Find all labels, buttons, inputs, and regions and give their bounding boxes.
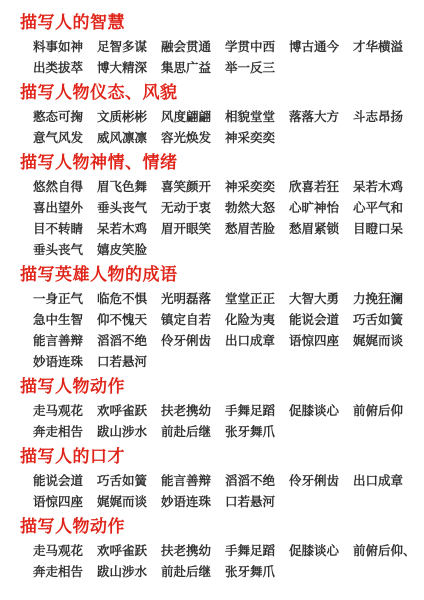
idiom-item: 欣喜若狂 — [289, 177, 353, 195]
idiom-item: 奔走相告 — [33, 562, 97, 580]
idiom-item: 出口成章 — [225, 331, 289, 349]
idiom-row: 憨态可掬文质彬彬风度翩翩相貌堂堂落落大方斗志昂扬 — [33, 105, 424, 126]
idiom-row: 出类拔萃博大精深集思广益举一反三 — [33, 56, 424, 77]
idiom-row: 料事如神足智多谋融会贯通学贯中西博古通今才华横溢 — [33, 35, 424, 56]
idiom-item: 光明磊落 — [161, 289, 225, 307]
idiom-item: 博大精深 — [97, 58, 161, 76]
idiom-item: 愁眉苦脸 — [225, 219, 289, 237]
idiom-item: 前俯后仰、 — [353, 541, 417, 559]
idiom-item: 扶老携幼 — [161, 401, 225, 419]
idiom-item: 临危不惧 — [97, 289, 161, 307]
idiom-row: 悠然自得眉飞色舞喜笑颜开神采奕奕欣喜若狂呆若木鸡 — [33, 175, 424, 196]
idiom-item: 威风凛凛 — [97, 128, 161, 146]
idiom-row: 能说会道巧舌如簧能言善辩滔滔不绝伶牙俐齿出口成章 — [33, 469, 424, 490]
idiom-item: 走马观花 — [33, 541, 97, 559]
idiom-item: 文质彬彬 — [97, 107, 161, 125]
idiom-item: 神采奕奕 — [225, 177, 289, 195]
idiom-row: 喜出望外垂头丧气无动于衷勃然大怒心旷神怡心平气和 — [33, 196, 424, 217]
idiom-row: 一身正气临危不惧光明磊落堂堂正正大智大勇力挽狂澜 — [33, 287, 424, 308]
idiom-item: 奔走相告 — [33, 422, 97, 440]
idiom-section: 描写人的口才能说会道巧舌如簧能言善辩滔滔不绝伶牙俐齿出口成章语惊四座娓娓而谈妙语… — [0, 447, 424, 511]
section-title: 描写人物仪态、风貌 — [20, 83, 424, 103]
idiom-item: 垂头丧气 — [97, 198, 161, 216]
idiom-item: 心平气和 — [353, 198, 417, 216]
idiom-item: 神采奕奕 — [225, 128, 289, 146]
idiom-item: 能说会道 — [33, 471, 97, 489]
idiom-item: 容光焕发 — [161, 128, 225, 146]
idiom-row: 走马观花欢呼雀跃扶老携幼手舞足蹈促膝谈心前俯后仰、 — [33, 539, 424, 560]
idiom-item: 能言善辩 — [161, 471, 225, 489]
idiom-item: 集思广益 — [161, 58, 225, 76]
idiom-item: 伶牙俐齿 — [161, 331, 225, 349]
idiom-item: 博古通今 — [289, 37, 353, 55]
idiom-row: 垂头丧气嬉皮笑脸 — [33, 238, 424, 259]
idiom-item: 急中生智 — [33, 310, 97, 328]
idiom-item: 出类拔萃 — [33, 58, 97, 76]
idiom-item: 风度翩翩 — [161, 107, 225, 125]
idiom-item: 跋山涉水 — [97, 422, 161, 440]
idiom-item: 眉开眼笑 — [161, 219, 225, 237]
idiom-item: 料事如神 — [33, 37, 97, 55]
idiom-item: 欢呼雀跃 — [97, 401, 161, 419]
idiom-item: 大智大勇 — [289, 289, 353, 307]
idiom-item: 化险为夷 — [225, 310, 289, 328]
idiom-item: 语惊四座 — [33, 492, 97, 510]
idiom-item: 出口成章 — [353, 471, 417, 489]
idiom-item: 目瞪口呆 — [353, 219, 417, 237]
idiom-row: 妙语连珠口若悬河 — [33, 350, 424, 371]
idiom-row: 意气风发威风凛凛容光焕发神采奕奕 — [33, 126, 424, 147]
idiom-item: 扶老携幼 — [161, 541, 225, 559]
idiom-item: 语惊四座 — [289, 331, 353, 349]
idiom-section: 描写人物神情、情绪悠然自得眉飞色舞喜笑颜开神采奕奕欣喜若狂呆若木鸡喜出望外垂头丧… — [0, 153, 424, 259]
idiom-item: 娓娓而谈 — [353, 331, 417, 349]
idiom-row: 能言善辩滔滔不绝伶牙俐齿出口成章语惊四座娓娓而谈 — [33, 329, 424, 350]
idiom-item: 手舞足蹈 — [225, 541, 289, 559]
idiom-item: 憨态可掬 — [33, 107, 97, 125]
idiom-item: 张牙舞爪 — [225, 422, 289, 440]
idiom-item: 镇定自若 — [161, 310, 225, 328]
idiom-item: 相貌堂堂 — [225, 107, 289, 125]
idiom-item: 巧舌如簧 — [353, 310, 417, 328]
idiom-document: 描写人的智慧料事如神足智多谋融会贯通学贯中西博古通今才华横溢出类拔萃博大精深集思… — [0, 0, 424, 600]
idiom-item: 巧舌如簧 — [97, 471, 161, 489]
idiom-item: 一身正气 — [33, 289, 97, 307]
section-title: 描写人物动作 — [20, 377, 424, 397]
idiom-item: 喜笑颜开 — [161, 177, 225, 195]
section-title: 描写人的口才 — [20, 447, 424, 467]
idiom-row: 目不转睛呆若木鸡眉开眼笑愁眉苦脸愁眉紧锁目瞪口呆 — [33, 217, 424, 238]
idiom-item: 手舞足蹈 — [225, 401, 289, 419]
idiom-item: 眉飞色舞 — [97, 177, 161, 195]
idiom-section: 描写人的智慧料事如神足智多谋融会贯通学贯中西博古通今才华横溢出类拔萃博大精深集思… — [0, 13, 424, 77]
idiom-item: 前赴后继 — [161, 422, 225, 440]
section-title: 描写人物神情、情绪 — [20, 153, 424, 173]
idiom-item: 堂堂正正 — [225, 289, 289, 307]
idiom-item: 促膝谈心 — [289, 541, 353, 559]
idiom-item: 促膝谈心 — [289, 401, 353, 419]
idiom-item: 能言善辩 — [33, 331, 97, 349]
section-list: 描写人的智慧料事如神足智多谋融会贯通学贯中西博古通今才华横溢出类拔萃博大精深集思… — [0, 13, 424, 581]
idiom-item: 足智多谋 — [97, 37, 161, 55]
idiom-item: 喜出望外 — [33, 198, 97, 216]
idiom-item: 呆若木鸡 — [97, 219, 161, 237]
idiom-item: 垂头丧气 — [33, 240, 97, 258]
idiom-item: 娓娓而谈 — [97, 492, 161, 510]
idiom-item: 呆若木鸡 — [353, 177, 417, 195]
idiom-item: 嬉皮笑脸 — [97, 240, 161, 258]
idiom-item: 跋山涉水 — [97, 562, 161, 580]
idiom-item: 意气风发 — [33, 128, 97, 146]
idiom-item: 悠然自得 — [33, 177, 97, 195]
idiom-item: 融会贯通 — [161, 37, 225, 55]
idiom-item: 滔滔不绝 — [225, 471, 289, 489]
idiom-item: 心旷神怡 — [289, 198, 353, 216]
idiom-item: 前赴后继 — [161, 562, 225, 580]
idiom-item: 妙语连珠 — [33, 352, 97, 370]
idiom-item: 勃然大怒 — [225, 198, 289, 216]
idiom-row: 走马观花欢呼雀跃扶老携幼手舞足蹈促膝谈心前俯后仰 — [33, 399, 424, 420]
idiom-item: 力挽狂澜 — [353, 289, 417, 307]
idiom-item: 伶牙俐齿 — [289, 471, 353, 489]
idiom-item: 前俯后仰 — [353, 401, 417, 419]
idiom-item: 斗志昂扬 — [353, 107, 417, 125]
idiom-item: 仰不愧天 — [97, 310, 161, 328]
idiom-item: 欢呼雀跃 — [97, 541, 161, 559]
idiom-section: 描写人物动作走马观花欢呼雀跃扶老携幼手舞足蹈促膝谈心前俯后仰奔走相告跋山涉水前赴… — [0, 377, 424, 441]
idiom-item: 口若悬河 — [97, 352, 161, 370]
idiom-item: 妙语连珠 — [161, 492, 225, 510]
idiom-item: 学贯中西 — [225, 37, 289, 55]
idiom-item: 口若悬河 — [225, 492, 289, 510]
section-title: 描写英雄人物的成语 — [20, 265, 424, 285]
idiom-row: 奔走相告跋山涉水前赴后继张牙舞爪 — [33, 560, 424, 581]
idiom-section: 描写人物动作走马观花欢呼雀跃扶老携幼手舞足蹈促膝谈心前俯后仰、奔走相告跋山涉水前… — [0, 517, 424, 581]
section-title: 描写人物动作 — [20, 517, 424, 537]
idiom-item: 张牙舞爪 — [225, 562, 289, 580]
idiom-item: 落落大方 — [289, 107, 353, 125]
idiom-item: 无动于衷 — [161, 198, 225, 216]
idiom-row: 急中生智仰不愧天镇定自若化险为夷能说会道巧舌如簧 — [33, 308, 424, 329]
idiom-item: 愁眉紧锁 — [289, 219, 353, 237]
idiom-item: 滔滔不绝 — [97, 331, 161, 349]
idiom-item: 举一反三 — [225, 58, 289, 76]
idiom-item: 走马观花 — [33, 401, 97, 419]
idiom-row: 奔走相告跋山涉水前赴后继张牙舞爪 — [33, 420, 424, 441]
idiom-section: 描写英雄人物的成语一身正气临危不惧光明磊落堂堂正正大智大勇力挽狂澜急中生智仰不愧… — [0, 265, 424, 371]
idiom-item: 目不转睛 — [33, 219, 97, 237]
idiom-row: 语惊四座娓娓而谈妙语连珠口若悬河 — [33, 490, 424, 511]
idiom-section: 描写人物仪态、风貌憨态可掬文质彬彬风度翩翩相貌堂堂落落大方斗志昂扬意气风发威风凛… — [0, 83, 424, 147]
idiom-item: 才华横溢 — [353, 37, 417, 55]
section-title: 描写人的智慧 — [20, 13, 424, 33]
idiom-item: 能说会道 — [289, 310, 353, 328]
